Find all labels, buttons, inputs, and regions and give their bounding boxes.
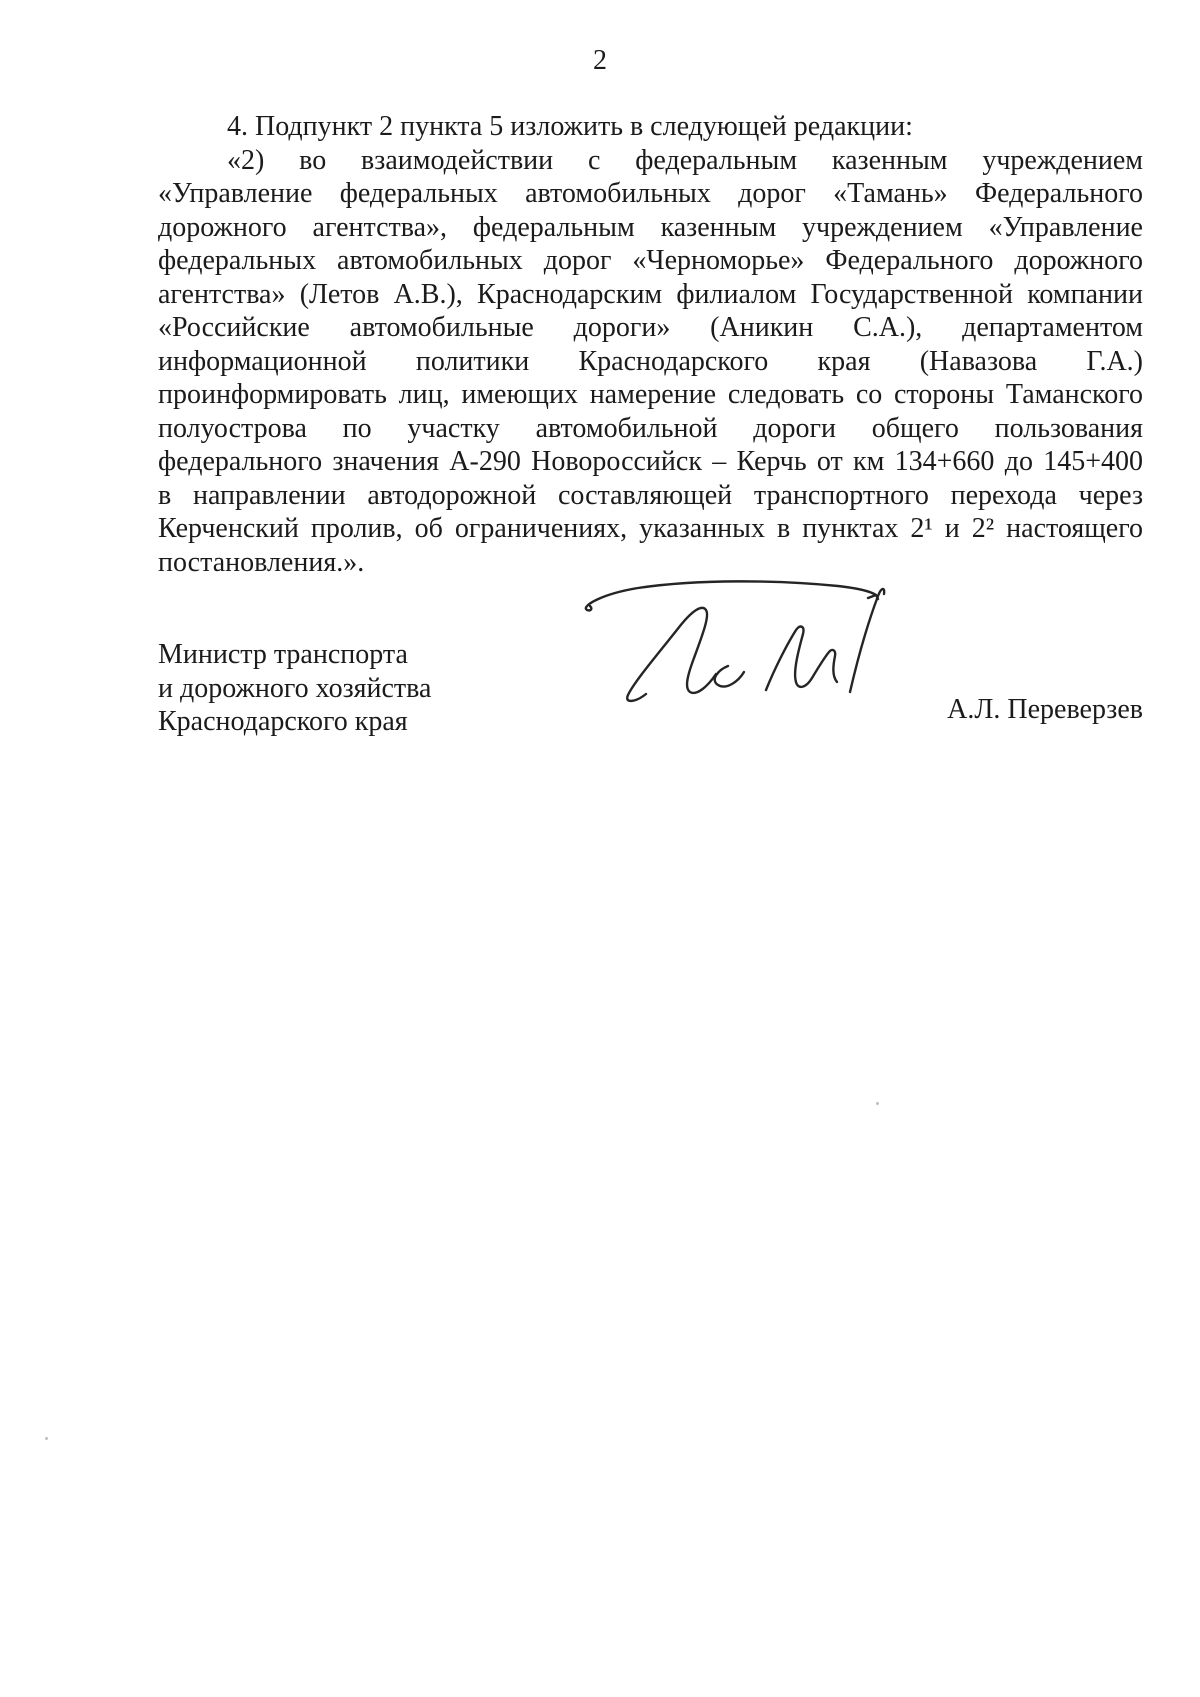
document-body: 4. Подпункт 2 пункта 5 изложить в следую… xyxy=(158,110,1143,579)
text-line: федеральных автомобильных дорог «Черномо… xyxy=(158,244,1143,278)
page-number: 2 xyxy=(0,44,1200,78)
text-line: информационной политики Краснодарского к… xyxy=(158,345,1143,379)
paragraph-intro: 4. Подпункт 2 пункта 5 изложить в следую… xyxy=(158,110,1143,144)
signer-position-line: Министр транспорта xyxy=(158,638,431,672)
handwritten-signature xyxy=(498,566,893,706)
signer-name: А.Л. Переверзев xyxy=(158,693,1143,727)
text-line: «2) во взаимодействии с федеральным казе… xyxy=(158,144,1143,178)
scan-speck xyxy=(45,1437,48,1440)
text-line: проинформировать лиц, имеющих намерение … xyxy=(158,378,1143,412)
document-page: 2 4. Подпункт 2 пункта 5 изложить в след… xyxy=(0,0,1200,1697)
text-line: «Российские автомобильные дороги» (Аники… xyxy=(158,311,1143,345)
text-line: в направлении автодорожной составляющей … xyxy=(158,479,1143,513)
text-line: федерального значения А-290 Новороссийск… xyxy=(158,445,1143,479)
text-line: агентства» (Летов А.В.), Краснодарским ф… xyxy=(158,278,1143,312)
paragraph-body: «2) во взаимодействии с федеральным казе… xyxy=(158,144,1143,580)
text-line: «Управление федеральных автомобильных до… xyxy=(158,177,1143,211)
text-line: дорожного агентства», федеральным казенн… xyxy=(158,211,1143,245)
text-line: Керченский пролив, об ограничениях, указ… xyxy=(158,512,1143,546)
scan-speck xyxy=(876,1102,879,1105)
text-line: полуострова по участку автомобильной дор… xyxy=(158,412,1143,446)
